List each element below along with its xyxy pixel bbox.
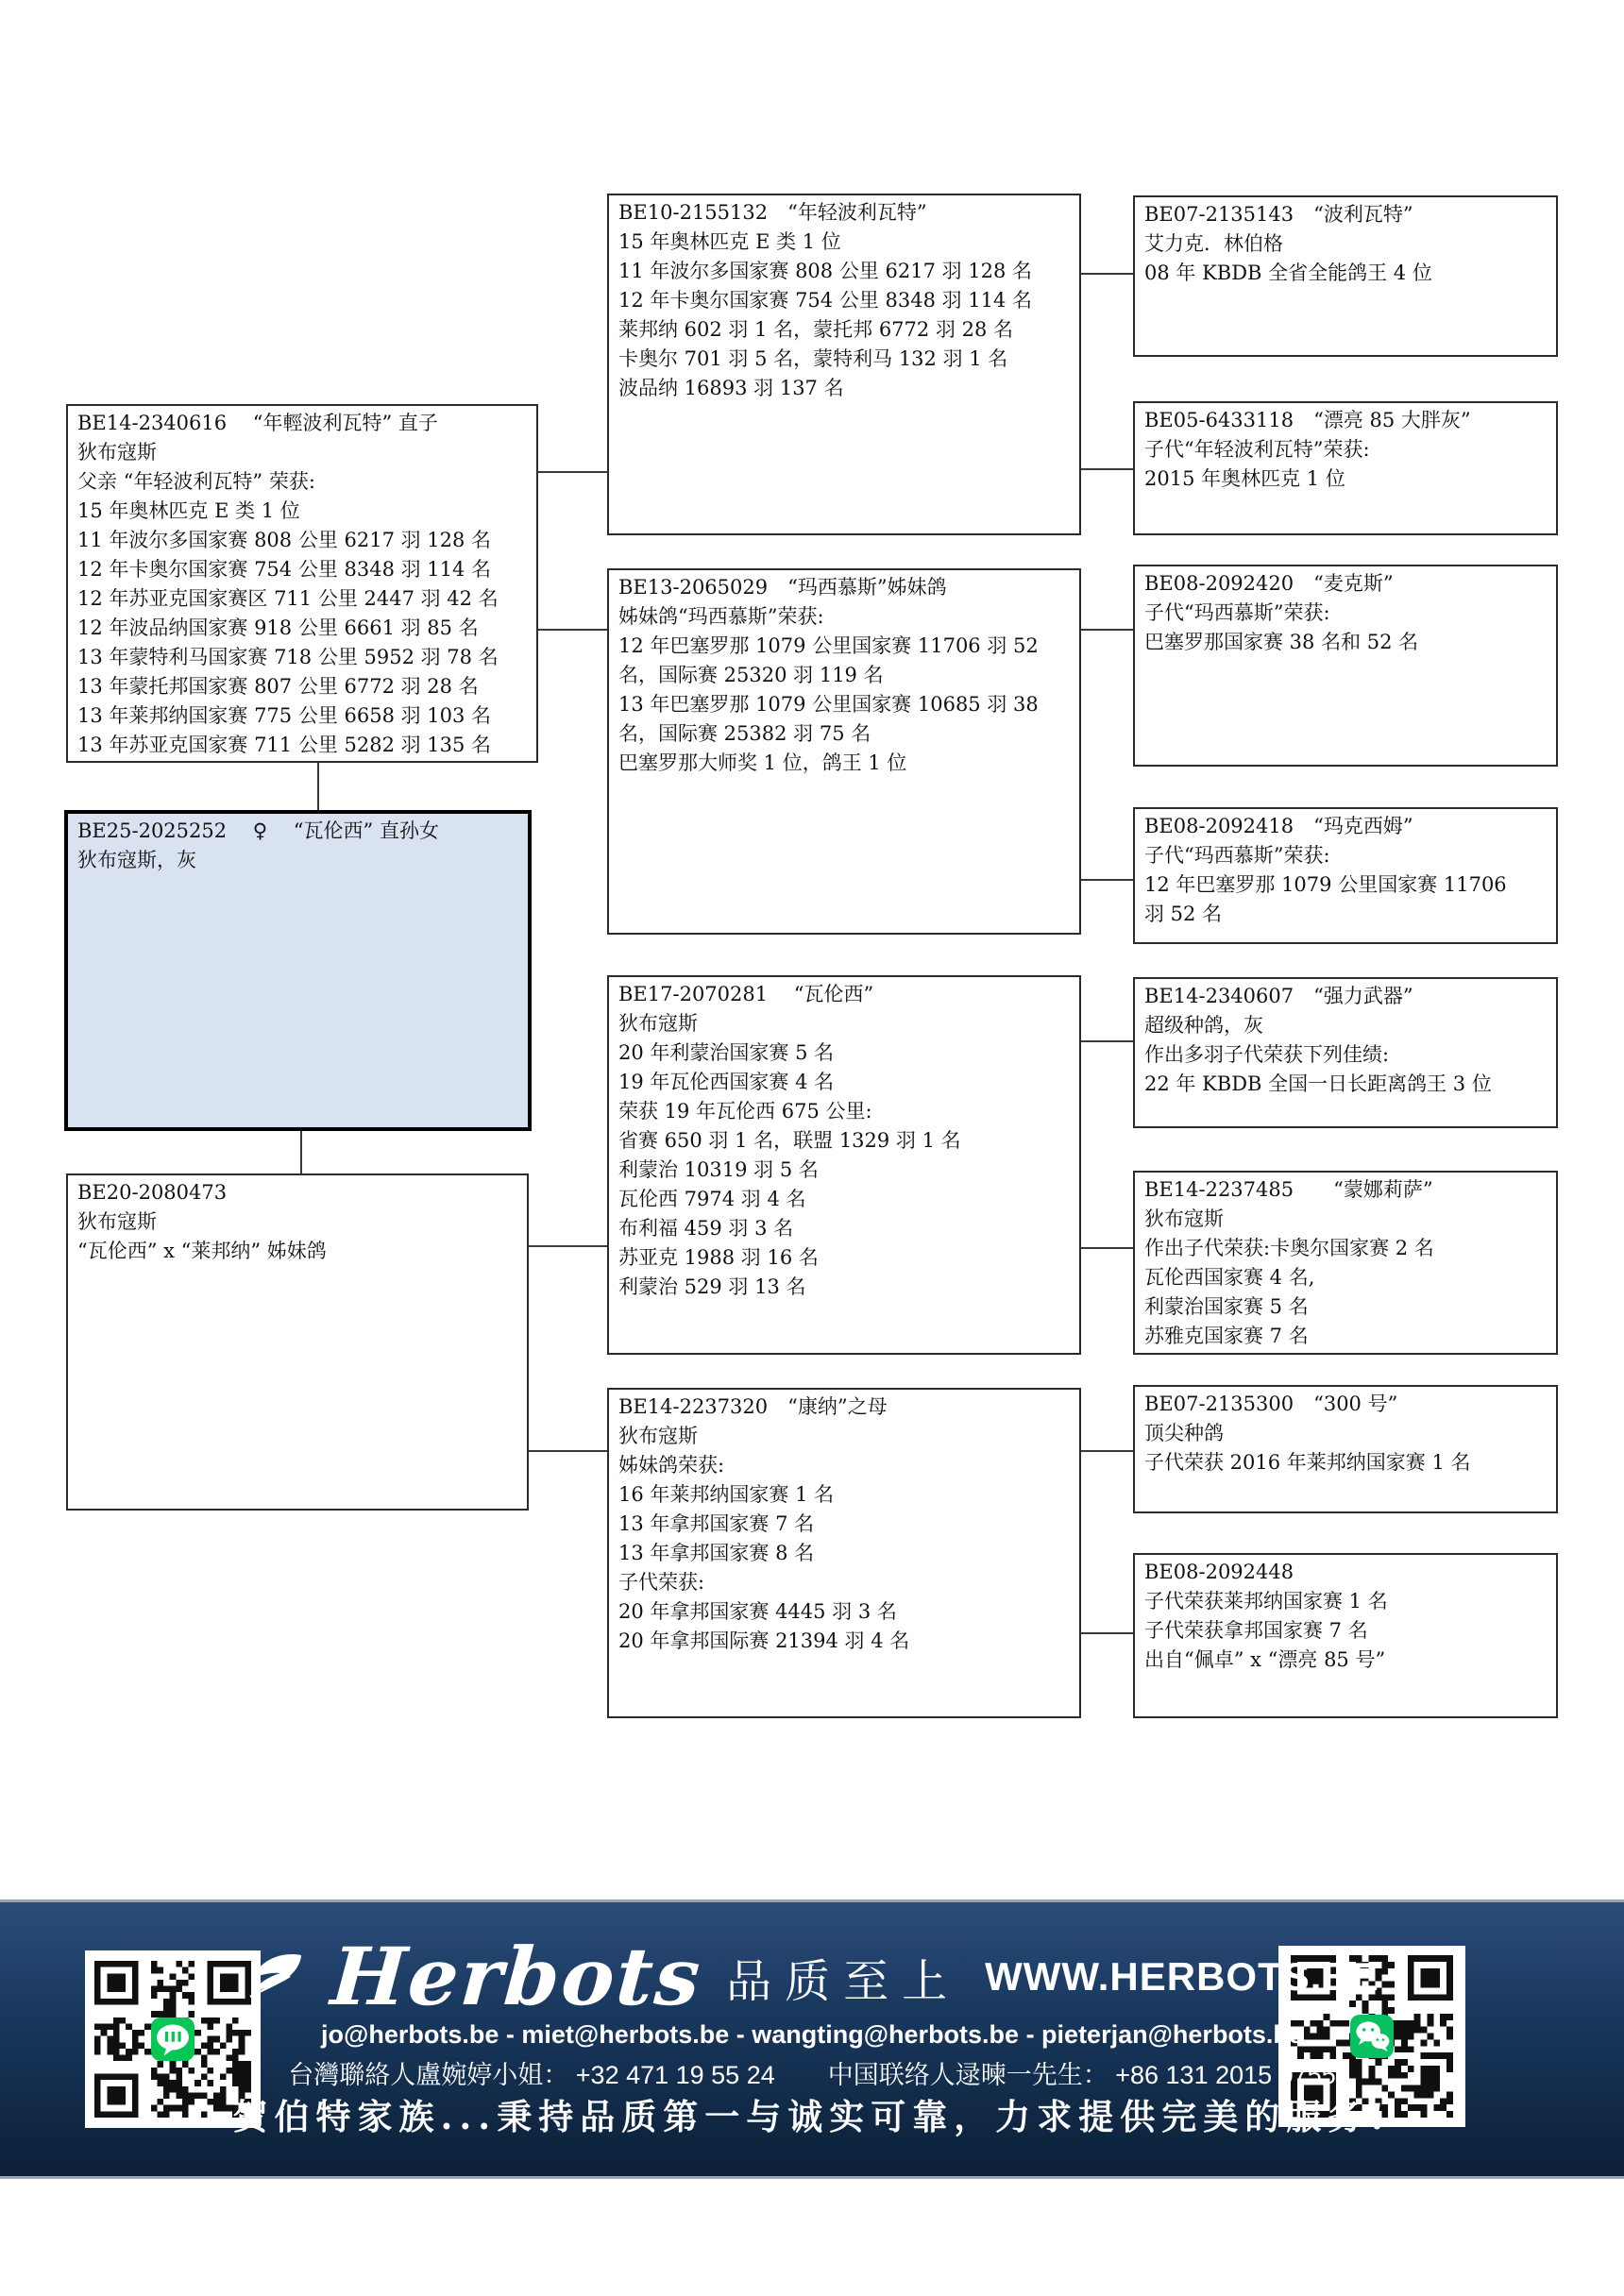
- box-line: 子代荣获:: [618, 1568, 1070, 1597]
- box-line: 利蒙治 529 羽 13 名: [618, 1273, 1070, 1302]
- connector-sire-to-main: [317, 763, 319, 810]
- connector-be17-to-be14-2237485: [1081, 1247, 1133, 1249]
- box-line: 子代荣获莱邦纳国家赛 1 名: [1144, 1587, 1547, 1616]
- box-line: BE25-2025252 ♀ “瓦伦西” 直孙女: [77, 817, 518, 846]
- pedigree-box-be07-2135300: BE07-2135300 “300 号”顶尖种鸽子代荣获 2016 年莱邦纳国家…: [1133, 1385, 1558, 1513]
- connector-be13-to-be08-2092420: [1081, 629, 1133, 631]
- box-line: 顶尖种鸽: [1144, 1419, 1547, 1448]
- box-line: 姊妹鸽荣获:: [618, 1451, 1070, 1480]
- box-line: BE07-2135143 “波利瓦特”: [1144, 200, 1547, 229]
- box-line: 利蒙治 10319 羽 5 名: [618, 1156, 1070, 1185]
- pedigree-box-be14-2237320: BE14-2237320 “康纳”之母狄布寇斯姊妹鸽荣获:16 年莱邦纳国家赛 …: [607, 1388, 1081, 1718]
- connector-be17-to-be14-2340607: [1081, 1040, 1133, 1042]
- box-line: BE14-2340616 “年輕波利瓦特” 直子: [77, 409, 527, 438]
- box-line: 莱邦纳 602 羽 1 名，蒙托邦 6772 羽 28 名: [618, 315, 1070, 345]
- box-line: 13 年蒙特利马国家赛 718 公里 5952 羽 78 名: [77, 643, 527, 672]
- box-line: 13 年巴塞罗那 1079 公里国家赛 10685 羽 38: [618, 690, 1070, 719]
- box-line: 利蒙治国家赛 5 名: [1144, 1292, 1547, 1322]
- box-line: 布利福 459 羽 3 名: [618, 1214, 1070, 1243]
- box-line: 11 年波尔多国家赛 808 公里 6217 羽 128 名: [618, 257, 1070, 286]
- box-line: 荣获 19 年瓦伦西 675 公里:: [618, 1097, 1070, 1126]
- box-line: 12 年巴塞罗那 1079 公里国家赛 11706 羽 52: [618, 632, 1070, 661]
- box-line: 13 年拿邦国家赛 8 名: [618, 1539, 1070, 1568]
- box-line: BE14-2237320 “康纳”之母: [618, 1393, 1070, 1422]
- contact-taiwan: 台灣聯絡人盧婉婷小姐： +32 471 19 55 24: [288, 2054, 774, 2091]
- box-line: 狄布寇斯: [77, 438, 527, 467]
- box-line: 狄布寇斯，灰: [77, 846, 518, 875]
- box-line: BE08-2092448: [1144, 1558, 1547, 1587]
- footer-tagline: 贺伯特家族...秉持品质第一与诚实可靠，力求提供完美的服务!: [0, 2088, 1624, 2139]
- pedigree-box-be08-2092418: BE08-2092418 “玛克西姆”子代“玛西慕斯”荣获:12 年巴塞罗那 1…: [1133, 807, 1558, 944]
- box-line: 狄布寇斯: [618, 1009, 1070, 1038]
- box-line: BE17-2070281 “瓦伦西”: [618, 980, 1070, 1009]
- box-line: 2015 年奥林匹克 1 位: [1144, 464, 1547, 494]
- pedigree-box-be14-2340607: BE14-2340607 “强力武器”超级种鸽，灰作出多羽子代荣获下列佳绩:22…: [1133, 977, 1558, 1128]
- box-line: 狄布寇斯: [618, 1422, 1070, 1451]
- feather-icon: [245, 1950, 307, 2004]
- box-line: 卡奥尔 701 羽 5 名，蒙特利马 132 羽 1 名: [618, 345, 1070, 374]
- box-line: 父亲 “年轻波利瓦特” 荣获:: [77, 467, 527, 497]
- box-line: 13 年拿邦国家赛 7 名: [618, 1510, 1070, 1539]
- connector-dam-to-be14-2237320: [529, 1450, 607, 1452]
- box-line: 省赛 650 羽 1 名，联盟 1329 羽 1 名: [618, 1126, 1070, 1156]
- box-line: 13 年苏亚克国家赛 711 公里 5282 羽 135 名: [77, 731, 527, 760]
- connector-be14-2237320-to-be08-2092448: [1081, 1632, 1133, 1634]
- box-line: BE07-2135300 “300 号”: [1144, 1390, 1547, 1419]
- pedigree-box-be10-2155132: BE10-2155132 “年轻波利瓦特”15 年奥林匹克 E 类 1 位11 …: [607, 194, 1081, 535]
- connector-be10-to-be05: [1081, 468, 1133, 470]
- connector-be10-to-be07: [1081, 273, 1133, 275]
- box-line: BE08-2092418 “玛克西姆”: [1144, 812, 1547, 841]
- box-line: 巴塞罗那国家赛 38 名和 52 名: [1144, 628, 1547, 657]
- pedigree-box-be14-2237485: BE14-2237485 “蒙娜莉萨”狄布寇斯作出子代荣获:卡奥尔国家赛 2 名…: [1133, 1171, 1558, 1355]
- footer-contacts: 台灣聯絡人盧婉婷小姐： +32 471 19 55 24 中国联络人逯暕一先生：…: [0, 2054, 1624, 2091]
- box-line: 出自“佩卓” x “漂亮 85 号”: [1144, 1646, 1547, 1675]
- box-line: 15 年奥林匹克 E 类 1 位: [618, 228, 1070, 257]
- box-line: 苏雅克国家赛 7 名: [1144, 1322, 1547, 1351]
- box-line: 艾力克．林伯格: [1144, 229, 1547, 259]
- brand-slogan-cn: 品质至上: [726, 1945, 960, 2010]
- box-line: 20 年拿邦国家赛 4445 羽 3 名: [618, 1597, 1070, 1627]
- box-line: BE20-2080473: [77, 1178, 517, 1207]
- box-line: BE10-2155132 “年轻波利瓦特”: [618, 198, 1070, 228]
- box-line: 波品纳 16893 羽 137 名: [618, 374, 1070, 403]
- box-line: 20 年利蒙治国家赛 5 名: [618, 1038, 1070, 1068]
- pedigree-box-be05-6433118: BE05-6433118 “漂亮 85 大胖灰”子代“年轻波利瓦特”荣获:201…: [1133, 401, 1558, 535]
- brand-logo-text: Herbots: [329, 1937, 704, 2017]
- connector-main-to-dam: [300, 1131, 302, 1173]
- box-line: 13 年莱邦纳国家赛 775 公里 6658 羽 103 名: [77, 701, 527, 731]
- box-line: 名，国际赛 25320 羽 119 名: [618, 661, 1070, 690]
- box-line: 子代“玛西慕斯”荣获:: [1144, 599, 1547, 628]
- box-line: 子代荣获 2016 年莱邦纳国家赛 1 名: [1144, 1448, 1547, 1477]
- box-line: 作出多羽子代荣获下列佳绩:: [1144, 1040, 1547, 1070]
- box-line: 16 年莱邦纳国家赛 1 名: [618, 1480, 1070, 1510]
- footer-logo-row: Herbots 品质至上 WWW.HERBOTS.BE: [0, 1928, 1624, 2026]
- box-line: “瓦伦西” x “莱邦纳” 姊妹鸽: [77, 1237, 517, 1266]
- box-line: 羽 52 名: [1144, 900, 1547, 929]
- pedigree-box-be08-2092420: BE08-2092420 “麦克斯”子代“玛西慕斯”荣获:巴塞罗那国家赛 38 …: [1133, 565, 1558, 767]
- box-line: BE08-2092420 “麦克斯”: [1144, 569, 1547, 599]
- box-line: 12 年卡奥尔国家赛 754 公里 8348 羽 114 名: [77, 555, 527, 584]
- box-line: 22 年 KBDB 全国一日长距离鸽王 3 位: [1144, 1070, 1547, 1099]
- box-line: 瓦伦西 7974 羽 4 名: [618, 1185, 1070, 1214]
- box-line: 12 年波品纳国家赛 918 公里 6661 羽 85 名: [77, 614, 527, 643]
- footer-emails: jo@herbots.be - miet@herbots.be - wangti…: [0, 2020, 1624, 2050]
- box-line: 子代“玛西慕斯”荣获:: [1144, 841, 1547, 870]
- pedigree-box-be13-2065029: BE13-2065029 “玛西慕斯”姊妹鸽姊妹鸽“玛西慕斯”荣获:12 年巴塞…: [607, 568, 1081, 935]
- box-line: 子代“年轻波利瓦特”荣获:: [1144, 435, 1547, 464]
- box-line: 子代荣获拿邦国家赛 7 名: [1144, 1616, 1547, 1646]
- website-url: WWW.HERBOTS.BE: [985, 1954, 1379, 2000]
- box-line: 狄布寇斯: [1144, 1205, 1547, 1234]
- pedigree-box-dam-be20-2080473: BE20-2080473狄布寇斯“瓦伦西” x “莱邦纳” 姊妹鸽: [66, 1173, 529, 1511]
- box-line: 08 年 KBDB 全省全能鸽王 4 位: [1144, 259, 1547, 288]
- box-line: 15 年奥林匹克 E 类 1 位: [77, 497, 527, 526]
- box-line: 瓦伦西国家赛 4 名,: [1144, 1263, 1547, 1292]
- pedigree-box-be17-2070281: BE17-2070281 “瓦伦西”狄布寇斯20 年利蒙治国家赛 5 名19 年…: [607, 975, 1081, 1355]
- box-line: 12 年卡奥尔国家赛 754 公里 8348 羽 114 名: [618, 286, 1070, 315]
- pedigree-box-be07-2135143: BE07-2135143 “波利瓦特”艾力克．林伯格08 年 KBDB 全省全能…: [1133, 195, 1558, 357]
- pedigree-page: BE14-2340616 “年輕波利瓦特” 直子狄布寇斯父亲 “年轻波利瓦特” …: [0, 0, 1624, 2296]
- box-line: 12 年巴塞罗那 1079 公里国家赛 11706: [1144, 870, 1547, 900]
- box-line: 19 年瓦伦西国家赛 4 名: [618, 1068, 1070, 1097]
- box-line: BE13-2065029 “玛西慕斯”姊妹鸽: [618, 573, 1070, 602]
- connector-sire-to-be10: [538, 471, 607, 473]
- box-line: 巴塞罗那大师奖 1 位，鸽王 1 位: [618, 749, 1070, 778]
- box-line: 作出子代荣获:卡奥尔国家赛 2 名: [1144, 1234, 1547, 1263]
- pedigree-box-sire-be14-2340616: BE14-2340616 “年輕波利瓦特” 直子狄布寇斯父亲 “年轻波利瓦特” …: [66, 404, 538, 763]
- box-line: 姊妹鸽“玛西慕斯”荣获:: [618, 602, 1070, 632]
- box-line: 20 年拿邦国际赛 21394 羽 4 名: [618, 1627, 1070, 1656]
- box-line: 苏亚克 1988 羽 16 名: [618, 1243, 1070, 1273]
- box-line: 狄布寇斯: [77, 1207, 517, 1237]
- contact-china: 中国联络人逯暕一先生： +86 131 2015 0755: [828, 2054, 1336, 2091]
- pedigree-box-main-be25-2025252: BE25-2025252 ♀ “瓦伦西” 直孙女狄布寇斯，灰: [64, 810, 532, 1131]
- connector-be13-to-be08-2092418: [1081, 879, 1133, 881]
- box-line: 12 年苏亚克国家赛区 711 公里 2447 羽 42 名: [77, 584, 527, 614]
- connector-dam-to-be17: [529, 1245, 607, 1247]
- box-line: 11 年波尔多国家赛 808 公里 6217 羽 128 名: [77, 526, 527, 555]
- box-line: 超级种鸽，灰: [1144, 1011, 1547, 1040]
- box-line: BE14-2237485 “蒙娜莉萨”: [1144, 1175, 1547, 1205]
- box-line: 名，国际赛 25382 羽 75 名: [618, 719, 1070, 749]
- box-line: 13 年蒙托邦国家赛 807 公里 6772 羽 28 名: [77, 672, 527, 701]
- connector-sire-to-be13: [538, 629, 607, 631]
- box-line: BE05-6433118 “漂亮 85 大胖灰”: [1144, 406, 1547, 435]
- pedigree-box-be08-2092448: BE08-2092448子代荣获莱邦纳国家赛 1 名子代荣获拿邦国家赛 7 名出…: [1133, 1553, 1558, 1718]
- connector-be14-2237320-to-be07-2135300: [1081, 1450, 1133, 1452]
- box-line: BE14-2340607 “强力武器”: [1144, 982, 1547, 1011]
